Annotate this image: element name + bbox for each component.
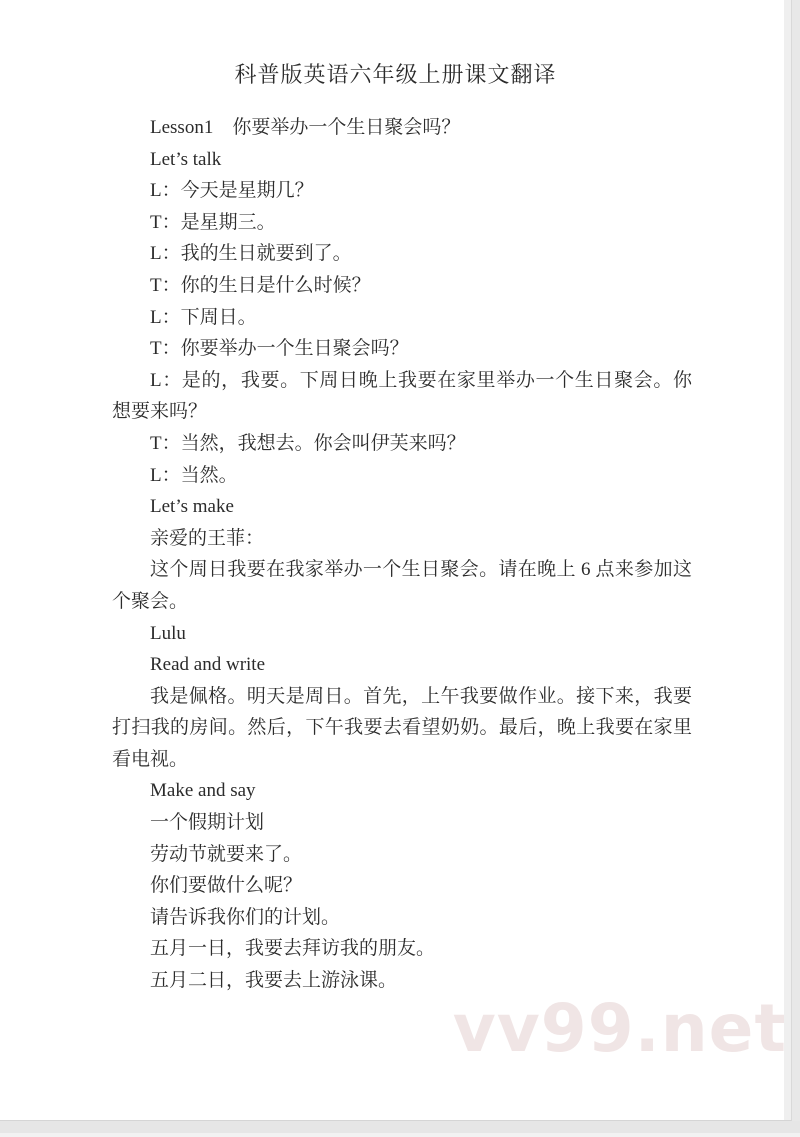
- paragraph: Lulu: [112, 618, 692, 650]
- watermark: vv99.net: [453, 990, 787, 1067]
- paragraph: T：是星期三。: [112, 207, 692, 239]
- paragraph: 一个假期计划: [112, 807, 692, 839]
- paragraph: Let’s make: [112, 491, 692, 523]
- paragraph: L：当然。: [112, 460, 692, 492]
- paragraph: Make and say: [112, 775, 692, 807]
- paragraph: 五月一日，我要去拜访我的朋友。: [112, 933, 692, 965]
- next-page-top-edge: [0, 1133, 800, 1137]
- document-viewer: 科普版英语六年级上册课文翻译 Lesson1 你要举办一个生日聚会吗？ Let’…: [0, 0, 800, 1137]
- paragraph: L：我的生日就要到了。: [112, 238, 692, 270]
- paragraph: 你们要做什么呢？: [112, 870, 692, 902]
- paragraph: Let’s talk: [112, 144, 692, 176]
- paragraph: 请告诉我你们的计划。: [112, 902, 692, 934]
- document-body: Lesson1 你要举办一个生日聚会吗？ Let’s talk L：今天是星期几…: [112, 112, 692, 997]
- paragraph: 亲爱的王菲：: [112, 523, 692, 555]
- paragraph: L：今天是星期几？: [112, 175, 692, 207]
- paragraph: 这个周日我要在我家举办一个生日聚会。请在晚上 6 点来参加这个聚会。: [112, 554, 692, 617]
- paragraph: Lesson1 你要举办一个生日聚会吗？: [112, 112, 692, 144]
- document-title: 科普版英语六年级上册课文翻译: [0, 0, 791, 90]
- document-page: 科普版英语六年级上册课文翻译 Lesson1 你要举办一个生日聚会吗？ Let’…: [0, 0, 792, 1121]
- paragraph: 五月二日，我要去上游泳课。: [112, 965, 692, 997]
- page-gap: [0, 1121, 800, 1133]
- paragraph: T：当然，我想去。你会叫伊芙来吗？: [112, 428, 692, 460]
- paragraph: 劳动节就要来了。: [112, 839, 692, 871]
- paragraph: T：你的生日是什么时候？: [112, 270, 692, 302]
- paragraph: T：你要举办一个生日聚会吗？: [112, 333, 692, 365]
- paragraph: Read and write: [112, 649, 692, 681]
- paragraph: L：下周日。: [112, 302, 692, 334]
- page-right-gutter: [784, 0, 791, 1121]
- paragraph: 我是佩格。明天是周日。首先，上午我要做作业。接下来，我要打扫我的房间。然后，下午…: [112, 681, 692, 776]
- paragraph: L：是的，我要。下周日晚上我要在家里举办一个生日聚会。你想要来吗？: [112, 365, 692, 428]
